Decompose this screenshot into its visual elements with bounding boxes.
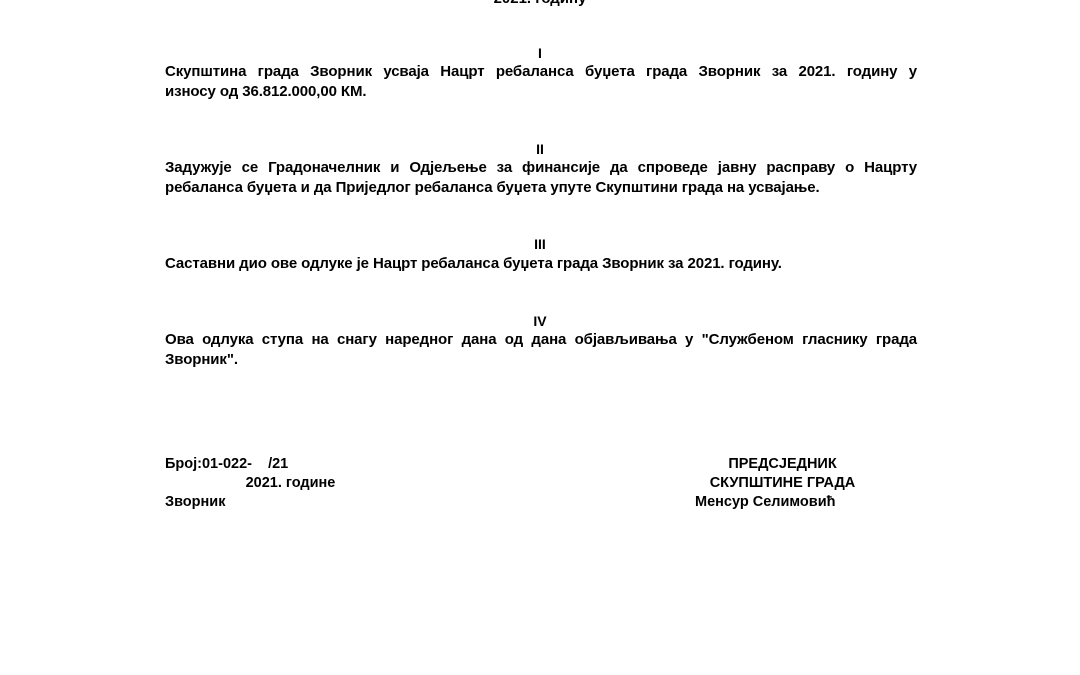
section-2-line-2: ребаланса буџета и да Приједлог ребаланс… (165, 178, 917, 198)
section-number-1: I (0, 45, 1080, 61)
signature-block: ПРЕДСЈЕДНИК СКУПШТИНЕ ГРАДА Менсур Селим… (695, 455, 870, 512)
section-3-text: Саставни дио ове одлуке је Нацрт ребалан… (165, 254, 917, 274)
document-reference-block: Број:01-022- /21 2021. године Зворник (165, 455, 335, 512)
signatory-title-1: ПРЕДСЈЕДНИК (695, 455, 870, 474)
document-number: Број:01-022- /21 (165, 455, 335, 474)
signatory-title-2: СКУПШТИНЕ ГРАДА (695, 474, 870, 493)
section-1-line-1: Скупштина града Зворник усваја Нацрт реб… (165, 62, 917, 82)
section-number-2: II (0, 141, 1080, 157)
section-4-line-2: Зворник". (165, 350, 917, 370)
section-1-line-2: износу од 36.812.000,00 КМ. (165, 82, 917, 102)
section-number-4: IV (0, 313, 1080, 329)
section-number-3: III (0, 236, 1080, 252)
section-2-line-1: Задужује се Градоначелник и Одјељење за … (165, 158, 917, 178)
document-date: 2021. године (165, 474, 335, 493)
section-2-text: Задужује се Градоначелник и Одјељење за … (165, 158, 917, 198)
signatory-name: Менсур Селимовић (695, 493, 870, 512)
section-1-text: Скупштина града Зворник усваја Нацрт реб… (165, 62, 917, 102)
document-title-fragment: 2021. годину (0, 0, 1080, 7)
document-place: Зворник (165, 493, 335, 512)
section-3-line-1: Саставни дио ове одлуке је Нацрт ребалан… (165, 254, 917, 274)
section-4-text: Ова одлука ступа на снагу наредног дана … (165, 330, 917, 370)
section-4-line-1: Ова одлука ступа на снагу наредног дана … (165, 330, 917, 350)
